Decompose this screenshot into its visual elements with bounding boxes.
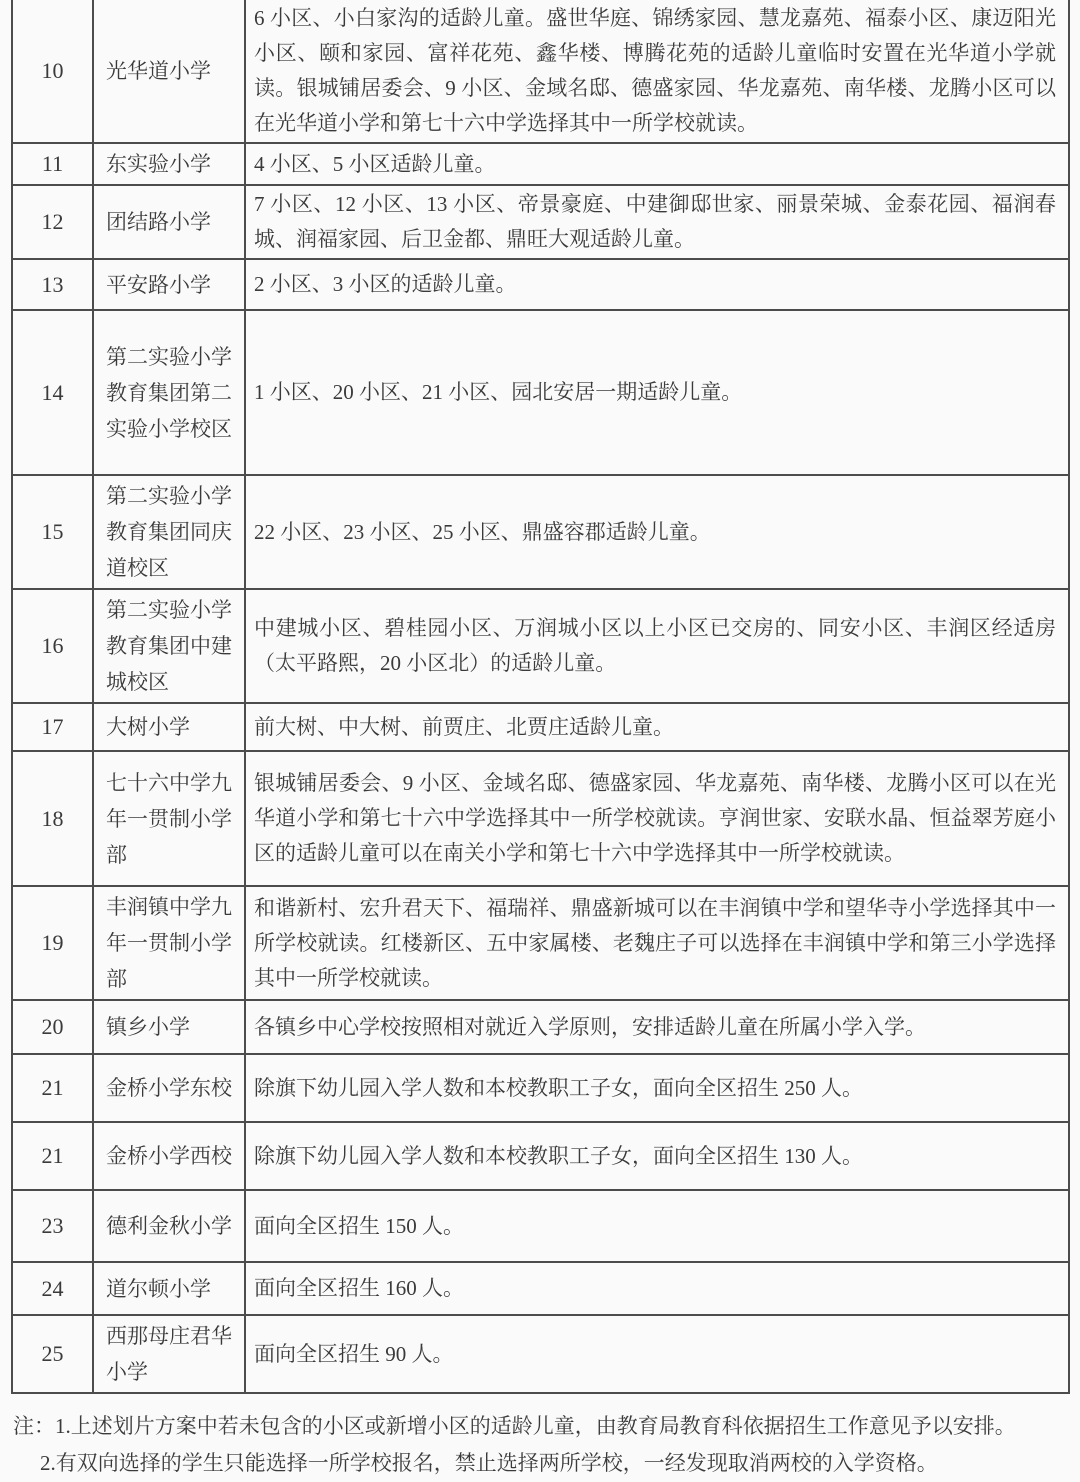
school-name-cell: 七十六中学九年一贯制小学部	[93, 751, 245, 886]
table-row: 17 大树小学 前大树、中大树、前贾庄、北贾庄适龄儿童。	[12, 703, 1069, 751]
district-description-cell: 7 小区、12 小区、13 小区、帝景豪庭、中建御邸世家、丽景荣城、金泰花园、福…	[245, 185, 1069, 259]
school-name-cell: 光华道小学	[93, 0, 245, 143]
row-number-cell: 24	[12, 1262, 93, 1315]
school-name-cell: 第二实验小学教育集团第二实验小学校区	[93, 310, 245, 475]
school-name-cell: 西那母庄君华小学	[93, 1315, 245, 1393]
row-number-cell: 25	[12, 1315, 93, 1393]
table-row: 15 第二实验小学教育集团同庆道校区 22 小区、23 小区、25 小区、鼎盛容…	[12, 475, 1069, 589]
table-row: 24 道尔顿小学 面向全区招生 160 人。	[12, 1262, 1069, 1315]
table-row: 20 镇乡小学 各镇乡中心学校按照相对就近入学原则，安排适龄儿童在所属小学入学。	[12, 1000, 1069, 1054]
table-row: 13 平安路小学 2 小区、3 小区的适龄儿童。	[12, 259, 1069, 310]
district-description-cell: 前大树、中大树、前贾庄、北贾庄适龄儿童。	[245, 703, 1069, 751]
district-description-cell: 中建城小区、碧桂园小区、万润城小区以上小区已交房的、同安小区、丰润区经适房（太平…	[245, 589, 1069, 703]
school-name-cell: 团结路小学	[93, 185, 245, 259]
row-number-cell: 12	[12, 185, 93, 259]
table-row: 16 第二实验小学教育集团中建城校区 中建城小区、碧桂园小区、万润城小区以上小区…	[12, 589, 1069, 703]
table-row: 21 金桥小学西校 除旗下幼儿园入学人数和本校教职工子女，面向全区招生 130 …	[12, 1122, 1069, 1190]
school-name-cell: 平安路小学	[93, 259, 245, 310]
notes-section: 注：1.上述划片方案中若未包含的小区或新增小区的适龄儿童，由教育局教育科依据招生…	[13, 1408, 1070, 1482]
table-row: 14 第二实验小学教育集团第二实验小学校区 1 小区、20 小区、21 小区、园…	[12, 310, 1069, 475]
document-page: 10 光华道小学 6 小区、小白家沟的适龄儿童。盛世华庭、锦绣家园、慧龙嘉苑、福…	[0, 0, 1080, 1482]
school-name-cell: 大树小学	[93, 703, 245, 751]
table-row: 18 七十六中学九年一贯制小学部 银城铺居委会、9 小区、金域名邸、德盛家园、华…	[12, 751, 1069, 886]
row-number-cell: 21	[12, 1054, 93, 1122]
row-number-cell: 15	[12, 475, 93, 589]
district-description-cell: 和谐新村、宏升君天下、福瑞祥、鼎盛新城可以在丰润镇中学和望华寺小学选择其中一所学…	[245, 886, 1069, 1000]
district-description-cell: 除旗下幼儿园入学人数和本校教职工子女，面向全区招生 250 人。	[245, 1054, 1069, 1122]
school-name-cell: 镇乡小学	[93, 1000, 245, 1054]
school-name-cell: 德利金秋小学	[93, 1190, 245, 1262]
table-row: 25 西那母庄君华小学 面向全区招生 90 人。	[12, 1315, 1069, 1393]
row-number-cell: 19	[12, 886, 93, 1000]
row-number-cell: 16	[12, 589, 93, 703]
school-name-cell: 金桥小学东校	[93, 1054, 245, 1122]
district-description-cell: 2 小区、3 小区的适龄儿童。	[245, 259, 1069, 310]
district-description-cell: 1 小区、20 小区、21 小区、园北安居一期适龄儿童。	[245, 310, 1069, 475]
row-number-cell: 20	[12, 1000, 93, 1054]
district-description-cell: 6 小区、小白家沟的适龄儿童。盛世华庭、锦绣家园、慧龙嘉苑、福泰小区、康迈阳光小…	[245, 0, 1069, 143]
district-description-cell: 各镇乡中心学校按照相对就近入学原则，安排适龄儿童在所属小学入学。	[245, 1000, 1069, 1054]
school-placement-table: 10 光华道小学 6 小区、小白家沟的适龄儿童。盛世华庭、锦绣家园、慧龙嘉苑、福…	[11, 0, 1070, 1394]
table-row: 23 德利金秋小学 面向全区招生 150 人。	[12, 1190, 1069, 1262]
row-number-cell: 21	[12, 1122, 93, 1190]
table-row: 10 光华道小学 6 小区、小白家沟的适龄儿童。盛世华庭、锦绣家园、慧龙嘉苑、福…	[12, 0, 1069, 143]
district-description-cell: 22 小区、23 小区、25 小区、鼎盛容郡适龄儿童。	[245, 475, 1069, 589]
school-name-cell: 东实验小学	[93, 143, 245, 185]
row-number-cell: 11	[12, 143, 93, 185]
school-name-cell: 丰润镇中学九年一贯制小学部	[93, 886, 245, 1000]
row-number-cell: 10	[12, 0, 93, 143]
school-name-cell: 第二实验小学教育集团中建城校区	[93, 589, 245, 703]
district-description-cell: 银城铺居委会、9 小区、金域名邸、德盛家园、华龙嘉苑、南华楼、龙腾小区可以在光华…	[245, 751, 1069, 886]
row-number-cell: 13	[12, 259, 93, 310]
district-description-cell: 面向全区招生 90 人。	[245, 1315, 1069, 1393]
district-description-cell: 除旗下幼儿园入学人数和本校教职工子女，面向全区招生 130 人。	[245, 1122, 1069, 1190]
table-row: 21 金桥小学东校 除旗下幼儿园入学人数和本校教职工子女，面向全区招生 250 …	[12, 1054, 1069, 1122]
table-row: 12 团结路小学 7 小区、12 小区、13 小区、帝景豪庭、中建御邸世家、丽景…	[12, 185, 1069, 259]
note-line-2: 2.有双向选择的学生只能选择一所学校报名，禁止选择两所学校，一经发现取消两校的入…	[40, 1445, 1070, 1482]
district-description-cell: 面向全区招生 160 人。	[245, 1262, 1069, 1315]
row-number-cell: 17	[12, 703, 93, 751]
row-number-cell: 14	[12, 310, 93, 475]
school-name-cell: 第二实验小学教育集团同庆道校区	[93, 475, 245, 589]
table-row: 19 丰润镇中学九年一贯制小学部 和谐新村、宏升君天下、福瑞祥、鼎盛新城可以在丰…	[12, 886, 1069, 1000]
row-number-cell: 23	[12, 1190, 93, 1262]
district-description-cell: 4 小区、5 小区适龄儿童。	[245, 143, 1069, 185]
school-name-cell: 金桥小学西校	[93, 1122, 245, 1190]
row-number-cell: 18	[12, 751, 93, 886]
school-name-cell: 道尔顿小学	[93, 1262, 245, 1315]
table-row: 11 东实验小学 4 小区、5 小区适龄儿童。	[12, 143, 1069, 185]
district-description-cell: 面向全区招生 150 人。	[245, 1190, 1069, 1262]
note-line-1: 注：1.上述划片方案中若未包含的小区或新增小区的适龄儿童，由教育局教育科依据招生…	[13, 1408, 1070, 1445]
